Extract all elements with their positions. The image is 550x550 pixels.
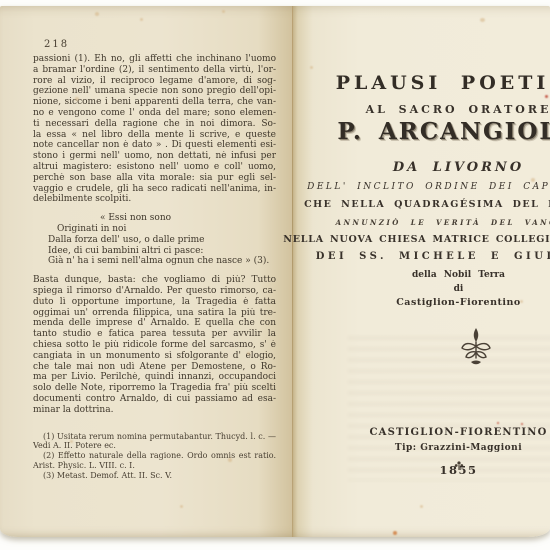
text-line: spiega il rimorso d'Arnaldo. Per questo … [33, 286, 276, 297]
page-number: 218 [44, 39, 69, 50]
text-line: Originati in noi [57, 224, 276, 235]
verse-quotation: « Essi non sonoOriginati in noiDalla for… [33, 213, 276, 267]
foxing-spot [228, 458, 232, 462]
foxing-spot [531, 178, 535, 182]
foxing-spot [545, 95, 548, 98]
religious-order-line: DELL' INCLITO ORDINE DEI CAPPUCCINI [307, 182, 550, 192]
imprint-printer: Tip: Grazzini-Maggioni [395, 443, 522, 453]
text-line: perchè son base alla vita morale: sia pu… [33, 173, 276, 184]
text-line: (3) Metast. Demof. Att. II. Sc. V. [33, 471, 276, 481]
text-line: no e vengono come l' onda del mare; sono… [33, 108, 276, 119]
text-line: a bramar l'ordine (2), il sentimento del… [33, 65, 276, 76]
foxing-spot [95, 12, 99, 16]
text-line: vaggio e crudele, gli ha seco radicati n… [33, 184, 276, 195]
text-line: duto lì opportune importune, la Tragedia… [33, 297, 276, 308]
occasion-line: CHE NELLA QUADRAGÉSIMA DEL MDCCCLV [304, 199, 550, 210]
text-line: « Essi non sono [100, 213, 276, 224]
text-line: (2) Effetto naturale della ragione. Ordo… [33, 451, 276, 461]
imprint-city: CASTIGLION-FIORENTINO [369, 427, 547, 438]
text-line: documenti contro Arnaldo, di cui passiam… [33, 394, 276, 405]
text-line: solo delle Note, riporremo la Tragedia f… [33, 383, 276, 394]
church-line: NELLA NUOVA CHIESA MATRICE COLLEGIATA IN… [283, 234, 550, 245]
imprint-year: 1855 [439, 463, 477, 477]
place-line: di [454, 284, 464, 294]
saints-line: DEI SS. MICHELE E GIULIANO [316, 251, 550, 262]
text-line: passioni (1). Eh no, gli affetti che inc… [33, 54, 276, 65]
foxing-spot [480, 18, 485, 22]
text-line: Arist. Physic. L. VIII. c. I. [33, 461, 276, 471]
foxing-spot [222, 10, 225, 13]
text-line: chiesa sotto le più ridicole forme del s… [33, 340, 276, 351]
text-line: Basta dunque, basta: che vogliamo di più… [33, 275, 276, 286]
place-line: della Nobil Terra [412, 270, 505, 280]
foxing-spot [393, 531, 397, 535]
title-subtitle: AL SACRO ORATORE [366, 103, 550, 116]
left-page: 218 passioni (1). Eh no, gli affetti che… [0, 6, 293, 537]
foxing-spot [70, 440, 73, 443]
text-line: rore al vizio, il reciproco legame d'amo… [33, 76, 276, 87]
foxing-spot [180, 505, 183, 508]
text-line: che tale mai non udì Atene per Demostene… [33, 362, 276, 373]
text-line: gezione nell' umana specie non sono preg… [33, 86, 276, 97]
text-line: stono i germi nell' uomo, non dettati, n… [33, 151, 276, 162]
text-line: la essa « nel libro della mente li scriv… [33, 130, 276, 141]
paragraph: Basta dunque, basta: che vogliamo di più… [33, 275, 276, 415]
title-page: PLAUSI POETICI AL SACRO ORATORE P. ARCAN… [293, 6, 550, 537]
place-line: Castiglion-Fiorentino [396, 297, 521, 308]
text-line: Già n' ha i semi nell'alma ognun che nas… [48, 256, 276, 267]
text-line: tanto studio e fatica parea tessuta per … [33, 329, 276, 340]
author-name: P. ARCANGIOLO [337, 118, 550, 145]
text-line: ma per Livio. Perilchè, quindi innanzi, … [33, 372, 276, 383]
foxing-spot [140, 18, 143, 21]
book-photo: 218 passioni (1). Eh no, gli affetti che… [0, 0, 550, 550]
text-line: oggimai un' orrenda filippica, una satir… [33, 308, 276, 319]
book-spread: 218 passioni (1). Eh no, gli affetti che… [0, 6, 550, 537]
paragraph: passioni (1). Eh no, gli affetti che inc… [33, 54, 276, 205]
announce-line: ANNUNZIÒ LE VERITÀ DEL VANGELO [336, 218, 550, 227]
text-line: menda delle imprese d' Arnaldo. E quella… [33, 318, 276, 329]
author-origin: DA LIVORNO [393, 160, 524, 175]
book-title: PLAUSI POETICI [336, 72, 550, 94]
text-line: ti necessari della ragione che in noi di… [33, 119, 276, 130]
foxing-spot [75, 97, 79, 101]
foxing-spot [310, 66, 313, 69]
text-line: Idee, di cui bambini altri ci pasce: [48, 246, 276, 257]
left-page-text: passioni (1). Eh no, gli affetti che inc… [33, 54, 276, 481]
text-line: altrui magistero: esistono nell' uomo e … [33, 162, 276, 173]
foxing-spot [497, 422, 499, 424]
show-through-text [348, 336, 550, 481]
foxing-spot [38, 298, 41, 301]
text-line: Vedi A. II. Potere ec. [33, 441, 276, 451]
text-line: delebilmente scolpiti. [33, 194, 276, 205]
foxing-spot [520, 300, 523, 303]
text-line: Dalla forza dell' uso, o dalle prime [48, 235, 276, 246]
foxing-spot [247, 352, 250, 355]
foxing-spot [521, 423, 523, 425]
printer-fleuron-icon [457, 324, 495, 372]
text-line: cangiata in un monumento sì sfolgorante … [33, 351, 276, 362]
text-line: minar la dottrina. [33, 405, 276, 416]
text-line: note cancellar non è dato » . Di questi … [33, 140, 276, 151]
text-line: nione, siccome i beni apparenti della te… [33, 97, 276, 108]
footnotes: (1) Usitata rerum nomina permutabantur. … [33, 432, 276, 481]
foxing-spot [420, 505, 423, 508]
